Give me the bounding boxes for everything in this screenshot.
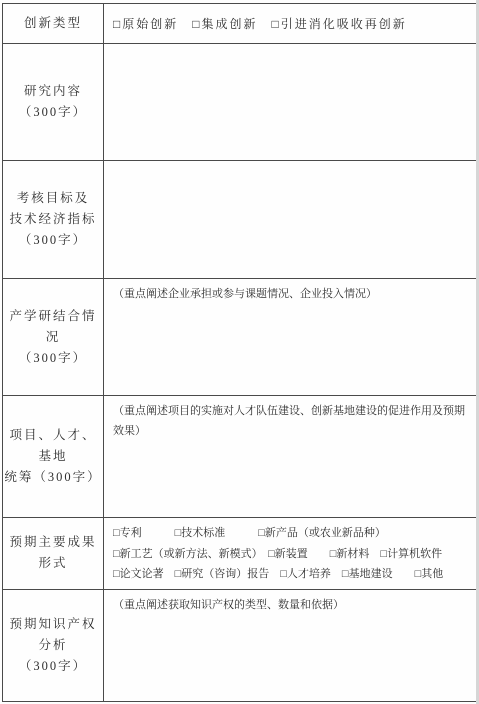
label-line: 创新类型 [3, 13, 103, 34]
checkbox-options-line: □专利 □技术标准 □新产品（或农业新品种） [113, 523, 470, 544]
form-document-page: 创新类型 □原始创新 □集成创新 □引进消化吸收再创新 研究内容 （300字） … [0, 0, 479, 704]
label-line: 产学研结合情况 [3, 306, 103, 348]
checkbox-options-line: □新工艺（或新方法、新模式） □新装置 □新材料 □计算机软件 [113, 544, 470, 565]
label-line: 项目、人才、基地 [3, 425, 103, 467]
table-row-expected-result-forms: 预期主要成果形式 □专利 □技术标准 □新产品（或农业新品种） □新工艺（或新方… [3, 518, 477, 590]
assessment-targets-input-area [104, 161, 477, 279]
project-application-form-table: 创新类型 □原始创新 □集成创新 □引进消化吸收再创新 研究内容 （300字） … [2, 3, 477, 702]
note-text: （重点阐述项目的实施对人才队伍建设、创新基地建设的促进作用及预期效果） [113, 401, 470, 441]
label-line: （300字） [3, 656, 103, 677]
table-row-assessment-targets: 考核目标及 技术经济指标 （300字） [3, 161, 477, 279]
table-row-expected-ip-analysis: 预期知识产权分析 （300字） （重点阐述获取知识产权的类型、数量和依据） [3, 589, 477, 701]
project-talent-base-input-area: （重点阐述项目的实施对人才队伍建设、创新基地建设的促进作用及预期效果） [104, 396, 477, 518]
label-line: 预期知识产权分析 [3, 614, 103, 656]
label-line: 预期主要成果形式 [3, 532, 103, 574]
label-line: （300字） [3, 230, 103, 251]
label-line: 研究内容 [3, 81, 103, 102]
table-row-innovation-type: 创新类型 □原始创新 □集成创新 □引进消化吸收再创新 [3, 4, 477, 44]
row-label-expected-result-forms: 预期主要成果形式 [3, 518, 104, 590]
row-label-assessment-targets: 考核目标及 技术经济指标 （300字） [3, 161, 104, 279]
label-line: 统筹（300字） [3, 467, 103, 488]
innovation-type-options-cell: □原始创新 □集成创新 □引进消化吸收再创新 [104, 4, 477, 44]
expected-ip-analysis-input-area: （重点阐述获取知识产权的类型、数量和依据） [104, 589, 477, 701]
checkbox-options-line: □论文论著 □研究（咨询）报告 □人才培养 □基地建设 □其他 [113, 564, 470, 585]
row-label-innovation-type: 创新类型 [3, 4, 104, 44]
expected-result-forms-options-cell: □专利 □技术标准 □新产品（或农业新品种） □新工艺（或新方法、新模式） □新… [104, 518, 477, 590]
table-row-industry-university-research: 产学研结合情况 （300字） （重点阐述企业承担或参与课题情况、企业投入情况） [3, 279, 477, 396]
table-row-research-content: 研究内容 （300字） [3, 44, 477, 161]
label-line: 技术经济指标 [3, 209, 103, 230]
research-content-input-area [104, 44, 477, 161]
industry-university-research-input-area: （重点阐述企业承担或参与课题情况、企业投入情况） [104, 279, 477, 396]
note-text: （重点阐述企业承担或参与课题情况、企业投入情况） [113, 284, 470, 304]
row-label-expected-ip-analysis: 预期知识产权分析 （300字） [3, 589, 104, 701]
checkbox-options-line: □原始创新 □集成创新 □引进消化吸收再创新 [113, 17, 470, 31]
table-row-project-talent-base: 项目、人才、基地 统筹（300字） （重点阐述项目的实施对人才队伍建设、创新基地… [3, 396, 477, 518]
row-label-industry-university-research: 产学研结合情况 （300字） [3, 279, 104, 396]
row-label-research-content: 研究内容 （300字） [3, 44, 104, 161]
label-line: 考核目标及 [3, 188, 103, 209]
note-text: （重点阐述获取知识产权的类型、数量和依据） [113, 595, 470, 615]
label-line: （300字） [3, 102, 103, 123]
label-line: （300字） [3, 348, 103, 369]
row-label-project-talent-base: 项目、人才、基地 统筹（300字） [3, 396, 104, 518]
